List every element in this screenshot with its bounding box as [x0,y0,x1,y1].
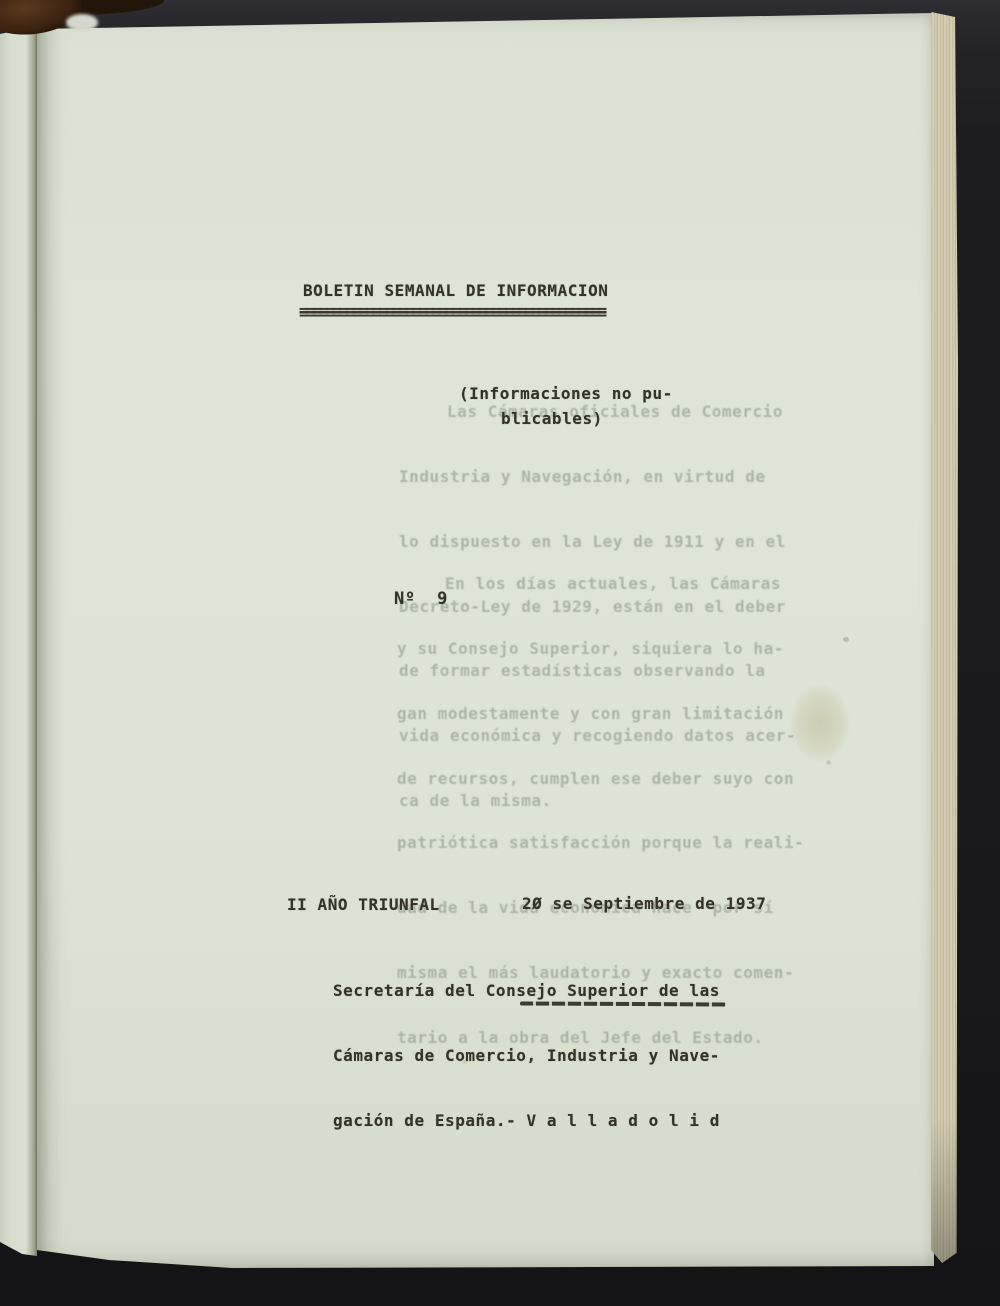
page-content: Las Cámaras oficiales de Comercio Indust… [0,0,1000,1306]
footer-date: 2Ø se Septiembre de 1937 [522,893,766,915]
org-line-city: gación de España.- V a l l a d o l i d [333,1110,720,1132]
page-title: BOLETIN SEMANAL DE INFORMACION [303,280,608,302]
publication-note-line1: (Informaciones no pu- [459,383,673,405]
bleedthrough-line: Industria y Navegación, en virtud de [399,466,796,488]
issue-number: Nº 9 [394,589,448,611]
scanned-book-photo: Las Cámaras oficiales de Comercio Indust… [0,0,1000,1306]
bleedthrough-line: y su Consejo Superior, siquiera lo ha- [397,638,804,660]
bleedthrough-line: de recursos, cumplen ese deber suyo con [397,768,804,790]
title-underline: ========================================… [299,301,604,320]
bleedthrough-line: En los días actuales, las Cámaras [397,573,804,595]
publication-note-line2: blicables) [501,408,603,430]
org-line: Secretaría del Consejo Superior de las [333,980,720,1002]
bleedthrough-line: gan modestamente y con gran limitación [397,703,804,725]
org-line: Cámaras de Comercio, Industria y Nave- [333,1045,720,1067]
footer-org-address: Secretaría del Consejo Superior de las C… [333,937,720,1175]
footer-era-label: II AÑO TRIUNFAL [287,894,440,916]
bleedthrough-line: patriótica satisfacción porque la reali- [397,832,804,854]
